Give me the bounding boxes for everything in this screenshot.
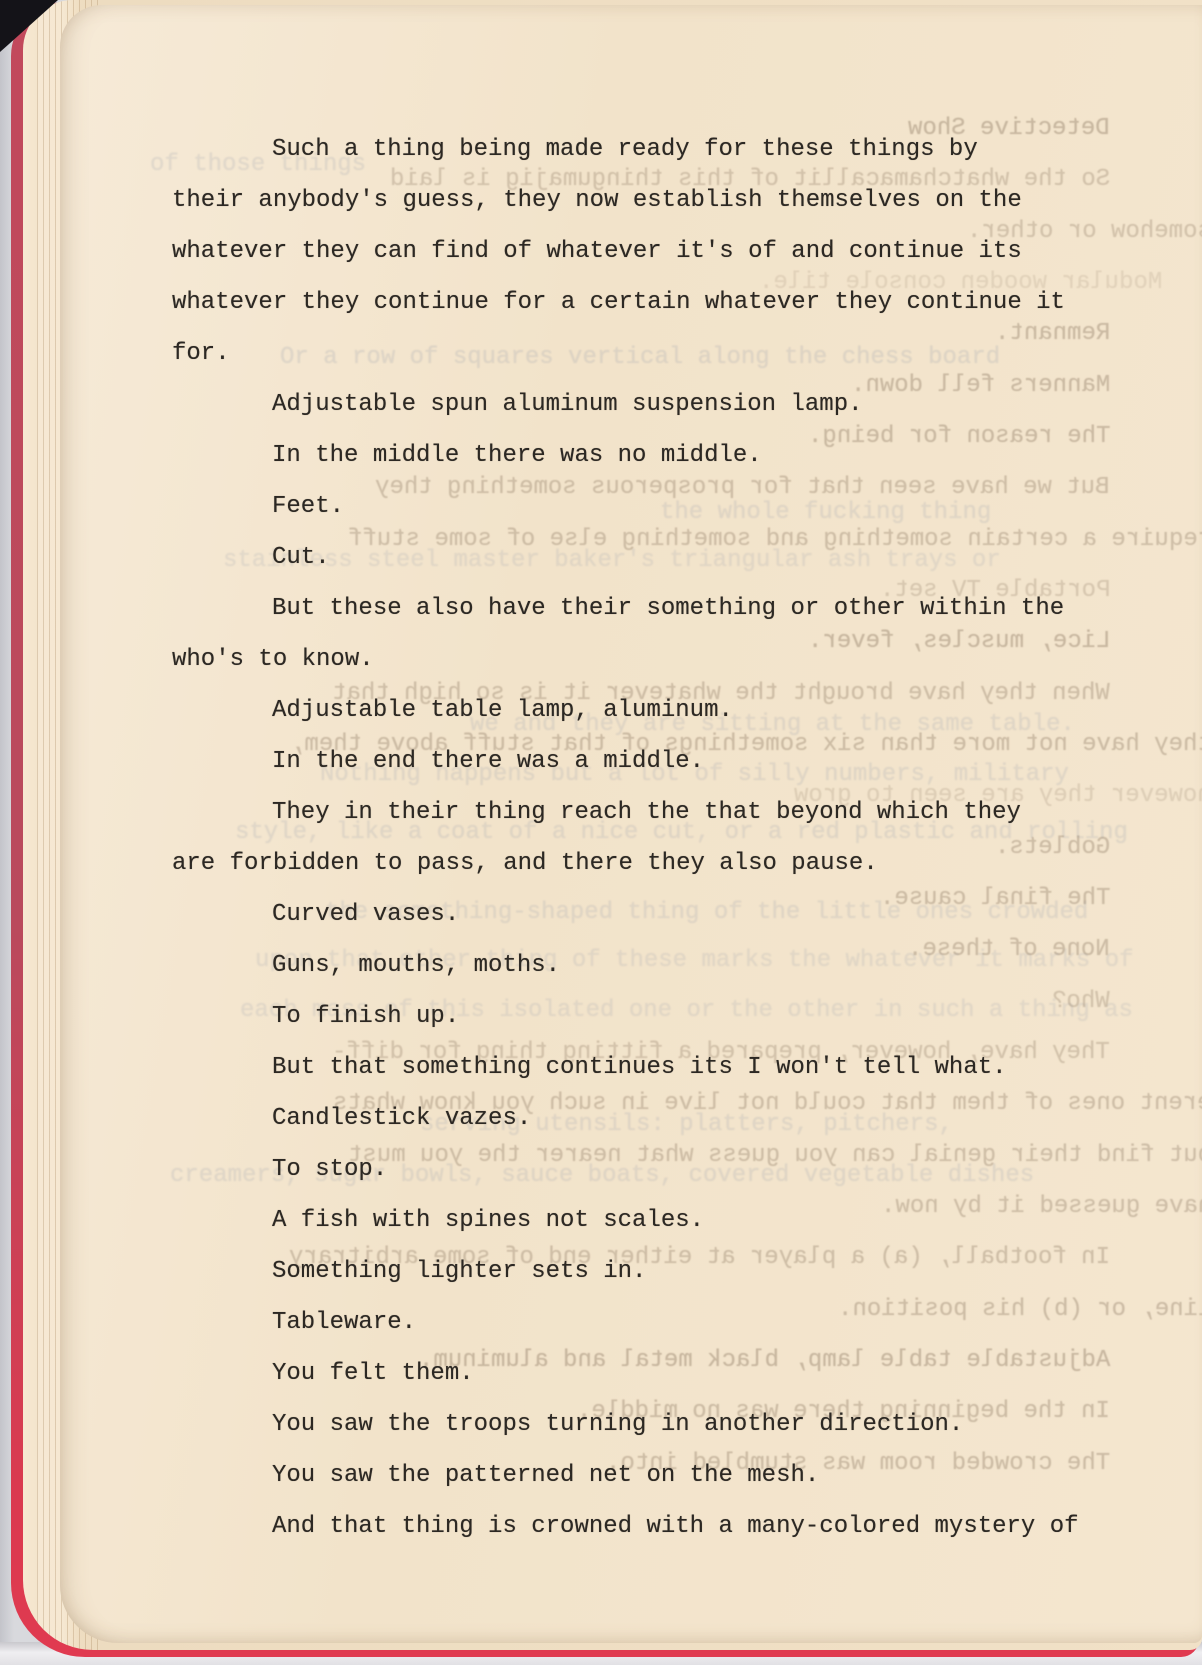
typed-line: You saw the troops turning in another di… [272,1399,963,1450]
typed-line: Candlestick vazes. [272,1093,531,1144]
typed-line: Curved vases. [272,889,459,940]
bleedthrough-mirrored-line: line, or (b) his position. [838,1284,1202,1335]
page-sheet: of those thingsOr a row of squares verti… [60,5,1202,1643]
typed-line: whatever they continue for a certain wha… [172,277,1065,328]
bleedthrough-mirrored-line: None of these. [908,924,1110,975]
bleedthrough-mirrored-line: Manners fell down. [851,360,1110,411]
bleedthrough-mirrored-line: require a certain something and somethin… [348,514,1202,565]
typed-line: Feet. [272,481,344,532]
typed-line: who's to know. [172,634,374,685]
typed-line: In the middle there was no middle. [272,430,762,481]
typed-line: Something lighter sets in. [272,1246,646,1297]
typed-line: To finish up. [272,991,459,1042]
typed-line: Such a thing being made ready for these … [272,124,978,175]
typed-line: are forbidden to pass, and there they al… [172,838,878,889]
bleedthrough-mirrored-line: Who? [1052,976,1110,1027]
bleedthrough-mirrored-line: The final cause. [880,873,1110,924]
typed-line: But these also have their something or o… [272,583,1064,634]
typed-line: But that something continues its I won't… [272,1042,1007,1093]
typed-line: whatever they can find of whatever it's … [172,226,1022,277]
scanned-book-page: of those thingsOr a row of squares verti… [0,0,1202,1665]
typed-line: Guns, mouths, moths. [272,940,560,991]
bleedthrough-mirrored-line: Adjustable table lamp, black metal and a… [419,1335,1110,1386]
typed-line: You saw the patterned net on the mesh. [272,1450,819,1501]
typed-line: Adjustable table lamp, aluminum. [272,685,733,736]
typed-line: Cut. [272,532,330,583]
typed-line: They in their thing reach the that beyon… [272,787,1021,838]
typed-line: To stop. [272,1144,387,1195]
typed-line: for. [172,328,230,379]
typed-line: You felt them. [272,1348,474,1399]
bleedthrough-mirrored-line: have guessed it by now. [881,1181,1202,1232]
typed-line: In the end there was a middle. [272,736,704,787]
typed-line: Adjustable spun aluminum suspension lamp… [272,379,863,430]
typed-line: A fish with spines not scales. [272,1195,704,1246]
typed-line: Tableware. [272,1297,416,1348]
typed-line: And that thing is crowned with a many-co… [272,1501,1079,1552]
typed-line: their anybody's guess, they now establis… [172,175,1022,226]
